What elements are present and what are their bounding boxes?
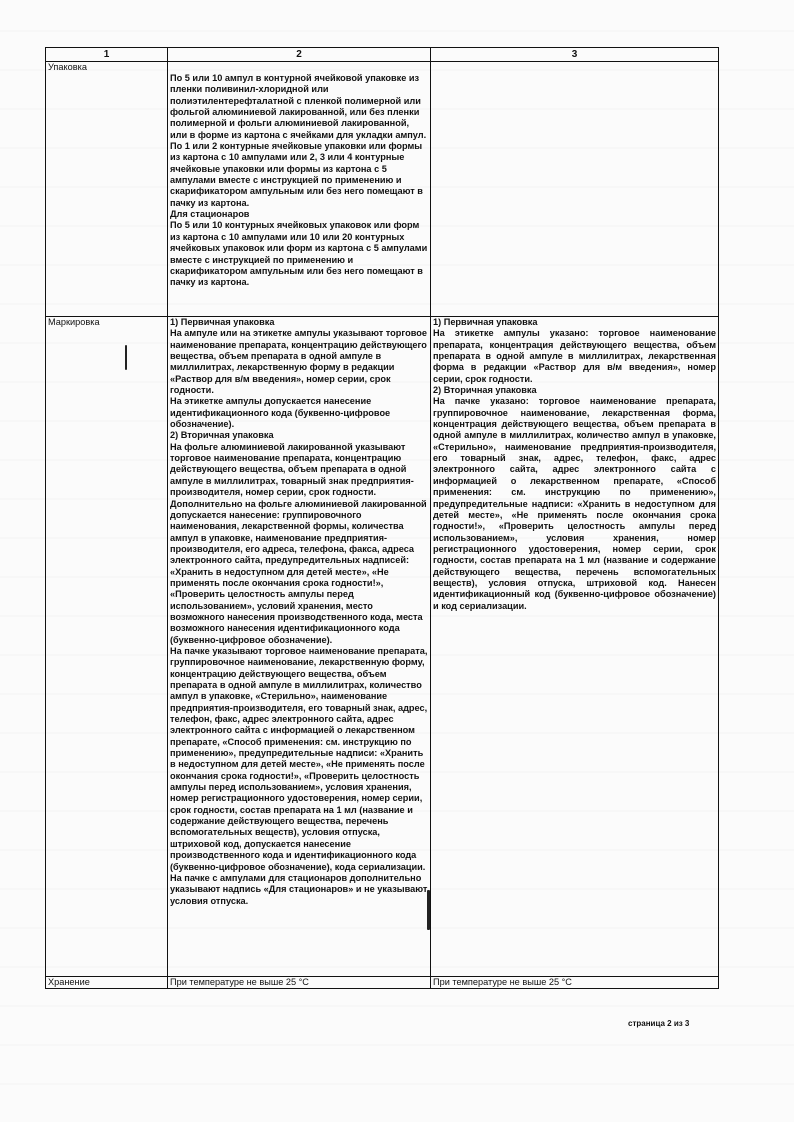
packaging-col3-empty [431,62,719,317]
column-header-3: 3 [431,48,719,62]
scan-artifact-mark [125,345,127,370]
page-number: страница 2 из 3 [628,1019,689,1028]
table-row-storage: Хранение При температуре не выше 25 °С П… [46,977,719,989]
comparison-table: 1 2 3 Упаковка По 5 или 10 ампул в конту… [45,47,719,989]
paragraph: На пачке с ампулами для стационаров допо… [170,873,428,907]
paragraph: По 5 или 10 ампул в контурной ячейковой … [170,73,428,141]
paragraph: На этикетке ампулы указано: торговое наи… [433,328,716,385]
paragraph: По 5 или 10 контурных ячейковых упаковок… [170,220,428,288]
subheading: 1) Первичная упаковка [170,317,428,328]
marking-col2: 1) Первичная упаковка На ампуле или на э… [168,317,431,977]
scan-artifact-mark [427,890,430,930]
column-header-1: 1 [46,48,168,62]
marking-col3: 1) Первичная упаковка На этикетке ампулы… [431,317,719,977]
row-label: Хранение [46,977,168,989]
subheading: Для стационаров [170,209,428,220]
table-header-row: 1 2 3 [46,48,719,62]
paragraph: На пачке указано: торговое наименование … [433,396,716,612]
row-label: Упаковка [46,62,168,317]
storage-col2: При температуре не выше 25 °С [168,977,431,989]
row-label: Маркировка [46,317,168,977]
table-row-marking: Маркировка 1) Первичная упаковка На ампу… [46,317,719,977]
storage-col3: При температуре не выше 25 °С [431,977,719,989]
paragraph: По 1 или 2 контурные ячейковые упаковки … [170,141,428,209]
table-row-packaging: Упаковка По 5 или 10 ампул в контурной я… [46,62,719,317]
paragraph: На фольге алюминиевой лакированной указы… [170,442,428,646]
paragraph: На ампуле или на этикетке ампулы указыва… [170,328,428,396]
subheading: 2) Вторичная упаковка [170,430,428,441]
subheading: 2) Вторичная упаковка [433,385,716,396]
paragraph: На этикетке ампулы допускается нанесение… [170,396,428,430]
paragraph: На пачке указывают торговое наименование… [170,646,428,873]
packaging-col2: По 5 или 10 ампул в контурной ячейковой … [168,62,431,317]
column-header-2: 2 [168,48,431,62]
subheading: 1) Первичная упаковка [433,317,716,328]
